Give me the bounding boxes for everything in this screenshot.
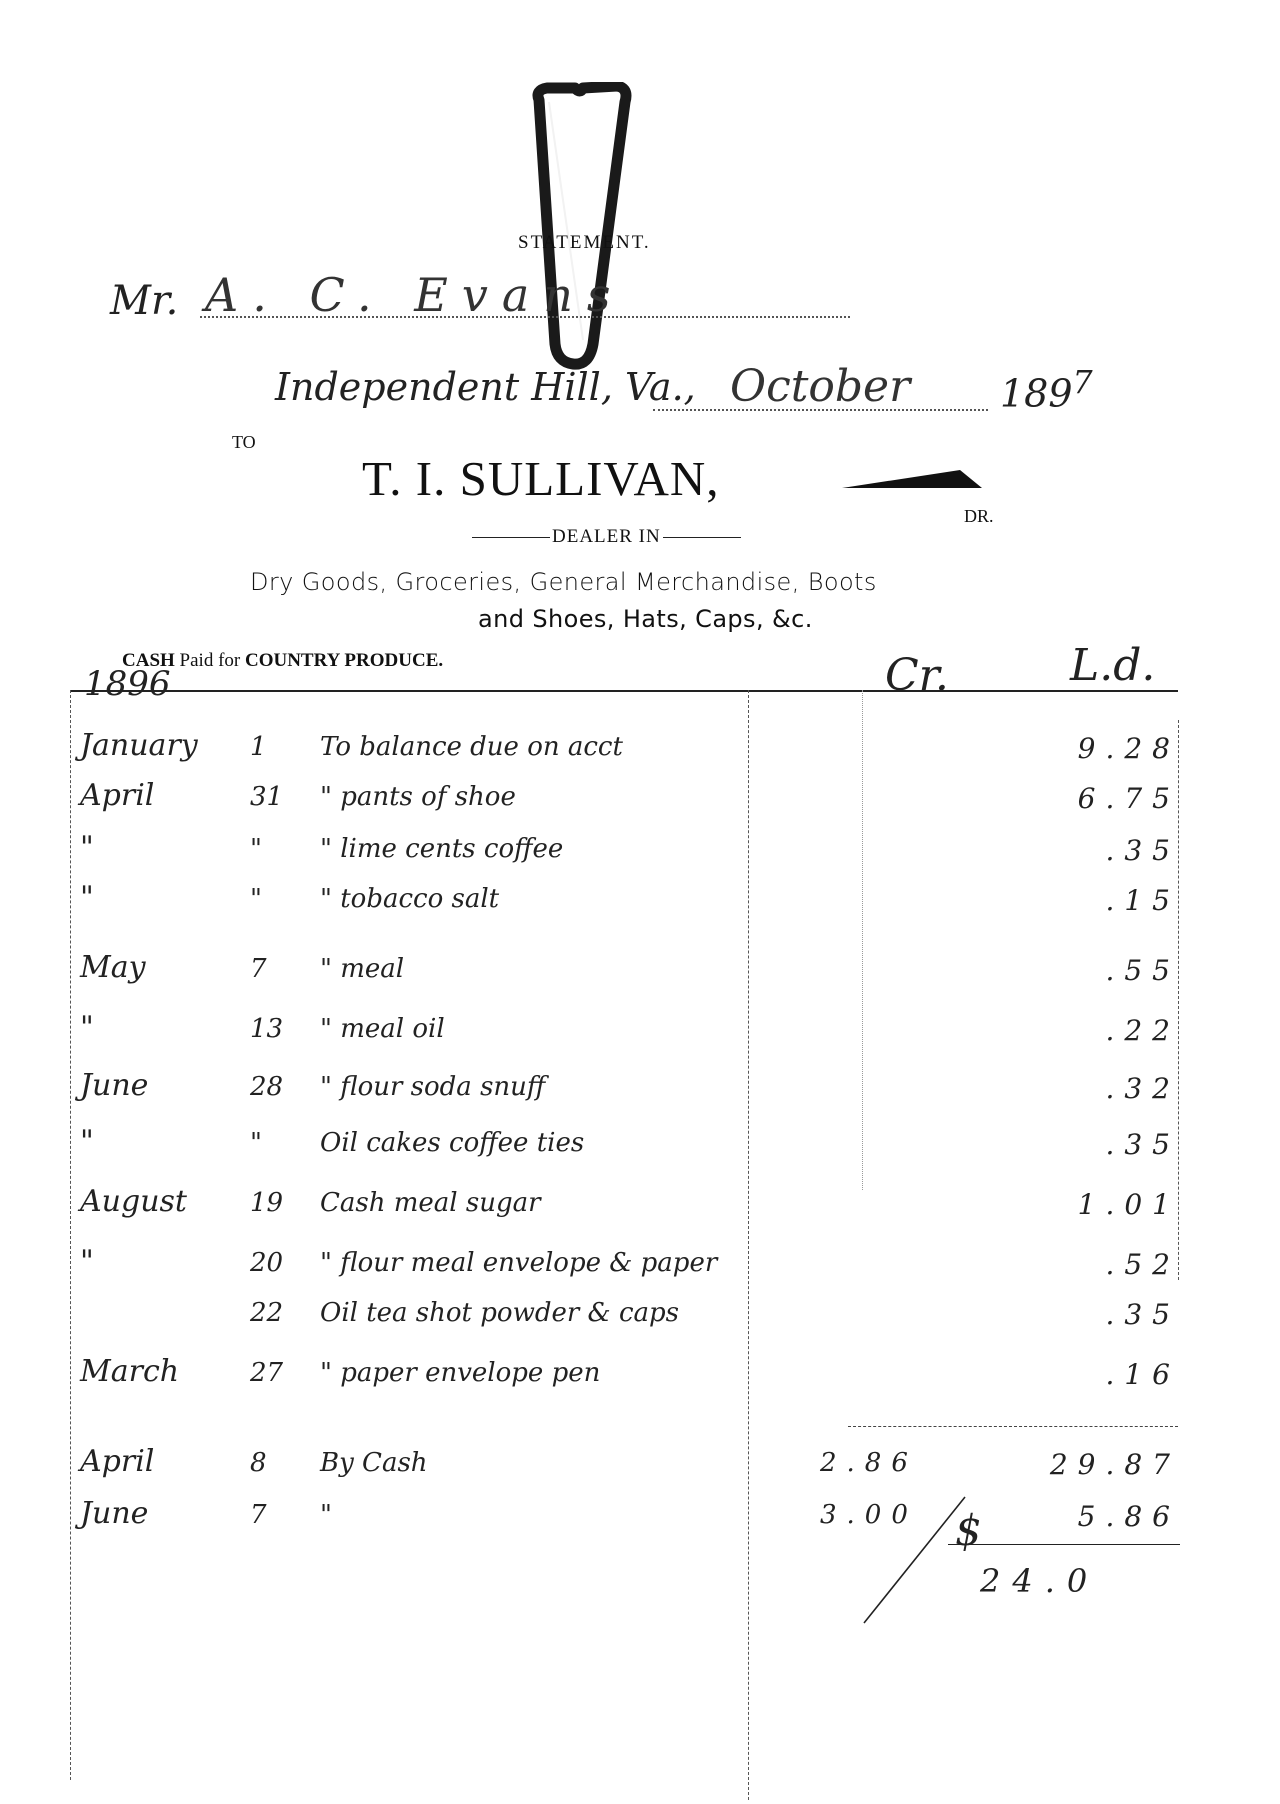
entry-amount: .15 [980, 884, 1180, 917]
entry-day: 20 [250, 1248, 283, 1278]
ledger-row: " " " lime cents coffee .35 [80, 830, 1180, 870]
dealer-in-heading: DEALER IN [470, 526, 743, 548]
ledger-row: January 1 To balance due on acct 9.28 [80, 728, 1180, 768]
dr-label: DR. [964, 506, 994, 527]
entry-description: " flour meal envelope & paper [320, 1248, 717, 1278]
left-column-line [70, 690, 71, 1780]
credit-month: June [80, 1496, 148, 1531]
customer-line: Mr. A. C. Evans [110, 268, 860, 328]
paid-for-label: Paid for [180, 650, 241, 671]
credit-day: 7 [250, 1500, 267, 1530]
date-year: 1897 [1000, 365, 1093, 416]
entry-amount: 9.28 [980, 732, 1180, 765]
date-month: October [730, 361, 910, 412]
entry-amount: .52 [980, 1248, 1180, 1281]
ledger-row: " 20 " flour meal envelope & paper .52 [80, 1244, 1180, 1284]
header-rule [70, 690, 1178, 692]
entry-month: June [80, 1068, 148, 1103]
customer-name: A. C. Evans [205, 268, 625, 322]
entry-day: 28 [250, 1072, 283, 1102]
entry-amount: .35 [980, 834, 1180, 867]
entry-month: " [80, 1244, 94, 1279]
entry-month: January [80, 728, 198, 763]
credit-day: 8 [250, 1448, 267, 1478]
entry-day: 1 [250, 732, 267, 762]
balance-due: 24.0 [980, 1562, 1099, 1600]
date-year-handwritten: 7 [1073, 365, 1093, 401]
entry-month: " [80, 830, 94, 865]
entry-month: March [80, 1354, 179, 1389]
paper-clip-icon [525, 82, 635, 372]
entry-amount: .55 [980, 954, 1180, 987]
debit-total: 29.87 [980, 1448, 1180, 1481]
ledger-year: 1896 [84, 664, 171, 704]
entry-description: " flour soda snuff [320, 1072, 545, 1102]
ledger-row: May 7 " meal .55 [80, 950, 1180, 990]
ledger-row: August 19 Cash meal sugar 1.01 [80, 1184, 1180, 1224]
country-produce-label: COUNTRY PRODUCE. [245, 650, 443, 671]
place-name: Independent Hill, Va., [275, 365, 696, 409]
entry-day: 31 [250, 782, 283, 812]
entry-day: 13 [250, 1014, 283, 1044]
credit-label: Cr. [885, 650, 949, 701]
entry-description: To balance due on acct [320, 732, 623, 762]
entry-description: " paper envelope pen [320, 1358, 600, 1388]
entry-month: August [80, 1184, 187, 1219]
entry-month: " [80, 880, 94, 915]
entry-month: " [80, 1124, 94, 1159]
ledger-row: March 27 " paper envelope pen .16 [80, 1354, 1180, 1394]
date-year-printed: 189 [1000, 372, 1073, 416]
ledger-row: April 31 " pants of shoe 6.75 [80, 778, 1180, 818]
entry-description: Cash meal sugar [320, 1188, 541, 1218]
entry-description: Oil tea shot powder & caps [320, 1298, 679, 1328]
entry-amount: .16 [980, 1358, 1180, 1391]
dollar-sign: $ [955, 1506, 982, 1555]
ledger-row: " " " tobacco salt .15 [80, 880, 1180, 920]
entry-amount: .35 [980, 1128, 1180, 1161]
entry-day: 19 [250, 1188, 283, 1218]
entry-amount: 6.75 [980, 782, 1180, 815]
entry-description: " tobacco salt [320, 884, 499, 914]
entry-description: " lime cents coffee [320, 834, 563, 864]
entry-day: 22 [250, 1298, 283, 1328]
ld-label: L.d. [1070, 640, 1155, 691]
to-label: TO [232, 432, 256, 453]
entry-amount: 1.01 [980, 1188, 1180, 1221]
entry-day: 7 [250, 954, 267, 984]
salutation: Mr. [110, 278, 178, 324]
ledger-row: June 28 " flour soda snuff .32 [80, 1068, 1180, 1108]
ledger-row: 22 Oil tea shot powder & caps .35 [80, 1294, 1180, 1334]
entry-amount: .35 [980, 1298, 1180, 1331]
total-rule [948, 1544, 1180, 1545]
ledger-row: " 13 " meal oil .22 [80, 1010, 1180, 1050]
merchant-name: T. I. SULLIVAN, [362, 450, 720, 507]
dealer-in-label: DEALER IN [552, 526, 661, 547]
credit-description: " [320, 1500, 332, 1530]
credit-row: June 7 " 3.00 5.86 [80, 1496, 1180, 1536]
goods-line-2: and Shoes, Hats, Caps, &c. [478, 605, 813, 633]
entry-month: April [80, 778, 154, 813]
credit-month: April [80, 1444, 154, 1479]
entry-month: May [80, 950, 146, 985]
goods-line-1: Dry Goods, Groceries, General Merchandis… [250, 568, 877, 596]
entry-amount: .22 [980, 1014, 1180, 1047]
subtotal-rule [848, 1426, 1178, 1427]
entry-day: 27 [250, 1358, 283, 1388]
credit-amount: 2.86 [820, 1448, 918, 1478]
divider [472, 537, 550, 538]
diagonal-stroke [860, 1495, 970, 1625]
entry-description: Oil cakes coffee ties [320, 1128, 584, 1158]
credit-total: 5.86 [980, 1500, 1180, 1533]
decorative-wedge-icon [842, 466, 982, 492]
entry-day: " [250, 834, 262, 864]
entry-description: " meal oil [320, 1014, 445, 1044]
credit-row: April 8 By Cash 2.86 29.87 [80, 1444, 1180, 1484]
entry-month: " [80, 1010, 94, 1045]
entry-amount: .32 [980, 1072, 1180, 1105]
entry-description: " pants of shoe [320, 782, 516, 812]
entry-description: " meal [320, 954, 404, 984]
credit-description: By Cash [320, 1448, 428, 1478]
divider [663, 537, 741, 538]
place-date-line: Independent Hill, Va., October 1897 [275, 365, 1135, 425]
statement-title: STATEMENT. [518, 232, 651, 254]
entry-day: " [250, 884, 262, 914]
ledger-row: " " Oil cakes coffee ties .35 [80, 1124, 1180, 1164]
entry-day: " [250, 1128, 262, 1158]
